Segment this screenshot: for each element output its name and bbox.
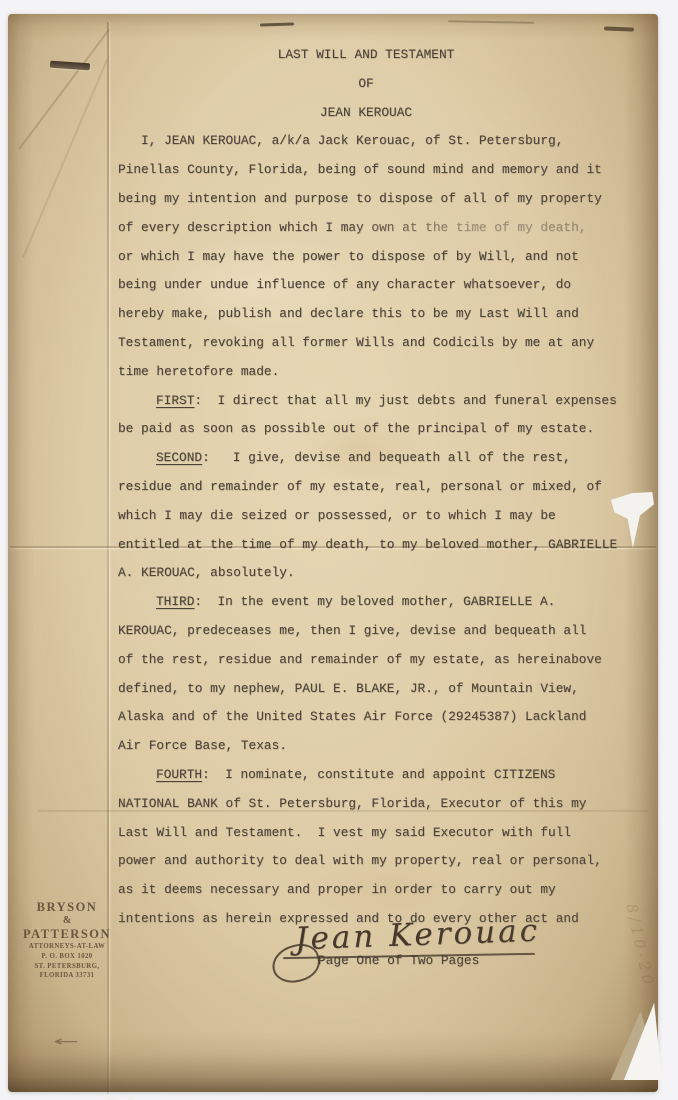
pencil-annotation: 8/10-20 bbox=[622, 902, 657, 990]
article-label: FIRST bbox=[156, 393, 194, 408]
text-line: as it deems necessary and proper in orde… bbox=[118, 876, 638, 905]
typed-text-column: LAST WILL AND TESTAMENT OF JEAN KEROUAC … bbox=[118, 41, 638, 934]
bottom-edge-nick bbox=[104, 1096, 138, 1100]
firm-name-line1: BRYSON bbox=[20, 900, 114, 915]
article-fourth-heading: FOURTH: I nominate, constitute and appoi… bbox=[118, 761, 638, 790]
article-text: : I nominate, constitute and appoint CIT… bbox=[202, 767, 555, 782]
law-firm-stamp: BRYSON & PATTERSON ATTORNEYS-AT-LAW P. O… bbox=[20, 900, 114, 981]
scanned-will-page: LAST WILL AND TESTAMENT OF JEAN KEROUAC … bbox=[8, 14, 658, 1092]
article-label: FOURTH bbox=[156, 767, 202, 782]
text-line: be paid as soon as possible out of the p… bbox=[118, 415, 638, 444]
text-line: A. KEROUAC, absolutely. bbox=[118, 559, 638, 588]
text-line: which I may die seized or possessed, or … bbox=[118, 502, 638, 531]
text-line: Pinellas County, Florida, being of sound… bbox=[118, 156, 638, 185]
firm-name-line2: PATTERSON bbox=[20, 927, 114, 942]
text-line: of the rest, residue and remainder of my… bbox=[118, 646, 638, 675]
article-third-heading: THIRD: In the event my beloved mother, G… bbox=[118, 588, 638, 617]
text-line: Last Will and Testament. I vest my said … bbox=[118, 819, 638, 848]
text-line: of every description which I may own at … bbox=[118, 214, 638, 243]
text-line: KEROUAC, predeceases me, then I give, de… bbox=[118, 617, 638, 646]
signature-jean-kerouac: Jean Kerouac bbox=[294, 913, 540, 958]
firm-city: ST. PETERSBURG, bbox=[20, 962, 114, 972]
text-line: power and authority to deal with my prop… bbox=[118, 847, 638, 876]
firm-po-box: P. O. BOX 1020 bbox=[20, 952, 114, 962]
pencil-arrow-mark: ← bbox=[53, 1034, 79, 1050]
staple-mark-top-right bbox=[604, 26, 634, 31]
text-line: or which I may have the power to dispose… bbox=[118, 243, 638, 272]
text-line: entitled at the time of my death, to my … bbox=[118, 531, 638, 560]
text-line: NATIONAL BANK of St. Petersburg, Florida… bbox=[118, 790, 638, 819]
text-line: I, JEAN KEROUAC, a/k/a Jack Kerouac, of … bbox=[118, 127, 638, 156]
text-line: being my intention and purpose to dispos… bbox=[118, 185, 638, 214]
article-label: THIRD bbox=[156, 594, 194, 609]
testator-name: JEAN KEROUAC bbox=[94, 99, 638, 128]
article-text: : I direct that all my just debts and fu… bbox=[194, 393, 616, 408]
text-line: time heretofore made. bbox=[118, 358, 638, 387]
scan-background: LAST WILL AND TESTAMENT OF JEAN KEROUAC … bbox=[0, 0, 678, 1100]
folded-corner bbox=[606, 998, 662, 1080]
text-line: Alaska and of the United States Air Forc… bbox=[118, 703, 638, 732]
article-text: : In the event my beloved mother, GABRIE… bbox=[194, 594, 555, 609]
staple-mark bbox=[50, 61, 90, 71]
article-label: SECOND bbox=[156, 450, 202, 465]
article-text: : I give, devise and bequeath all of the… bbox=[202, 450, 571, 465]
firm-role: ATTORNEYS-AT-LAW bbox=[20, 942, 114, 952]
text-line: defined, to my nephew, PAUL E. BLAKE, JR… bbox=[118, 675, 638, 704]
text-line: Air Force Base, Texas. bbox=[118, 732, 638, 761]
text-line: Testament, revoking all former Wills and… bbox=[118, 329, 638, 358]
text-line: residue and remainder of my estate, real… bbox=[118, 473, 638, 502]
document-title: LAST WILL AND TESTAMENT bbox=[94, 41, 638, 70]
staple-mark-top-center bbox=[260, 22, 294, 26]
article-second-heading: SECOND: I give, devise and bequeath all … bbox=[118, 444, 638, 473]
text-line: being under undue influence of any chara… bbox=[118, 271, 638, 300]
text-line: hereby make, publish and declare this to… bbox=[118, 300, 638, 329]
document-of: OF bbox=[94, 70, 638, 99]
scratch-mark-top bbox=[448, 20, 534, 24]
firm-ampersand: & bbox=[20, 915, 114, 927]
firm-state-zip: FLORIDA 33731 bbox=[20, 971, 114, 981]
article-first-heading: FIRST: I direct that all my just debts a… bbox=[118, 387, 638, 416]
